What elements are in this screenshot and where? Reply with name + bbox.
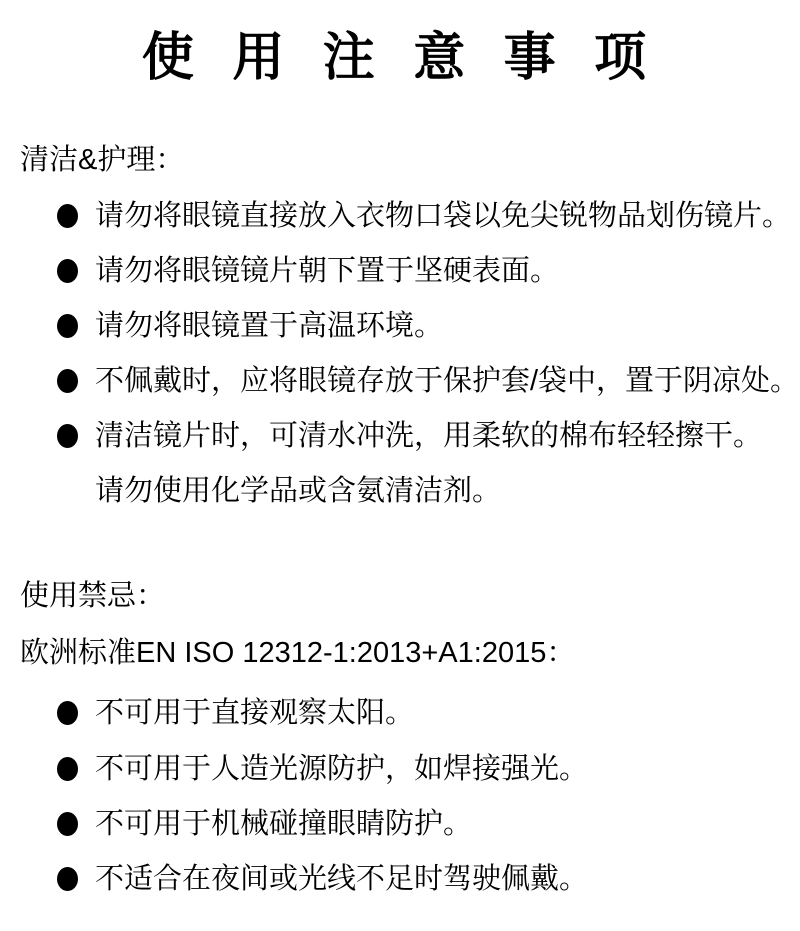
bullet-dot-icon	[57, 701, 78, 725]
bullet-text: 请勿将眼镜镜片朝下置于坚硬表面。	[95, 253, 559, 289]
bullet-text: 不适合在夜间或光线不足时驾驶佩戴。	[95, 861, 588, 897]
bullet-continuation-text: 请勿使用化学品或含氨清洁剂。	[0, 473, 800, 509]
standard-reference: 欧洲标准EN ISO 12312-1:2013+A1:2015：	[20, 635, 800, 671]
bullet-text: 不可用于机械碰撞眼睛防护。	[95, 806, 472, 842]
bullet-dot-icon	[57, 757, 78, 781]
usage-notice-document: 使 用 注 意 事 项 清洁&护理： 请勿将眼镜直接放入衣物口袋以免尖锐物品划伤…	[0, 0, 800, 931]
list-item: 请勿将眼镜镜片朝下置于坚硬表面。	[0, 253, 800, 289]
bullet-text: 请勿将眼镜置于高温环境。	[95, 308, 443, 344]
bullet-text: 不可用于人造光源防护，如焊接强光。	[95, 751, 588, 787]
bullet-text: 不佩戴时，应将眼镜存放于保护套/袋中，置于阴凉处。	[95, 363, 799, 399]
bullet-dot-icon	[57, 812, 78, 836]
bullet-dot-icon	[57, 424, 78, 448]
bullet-text: 请勿将眼镜直接放入衣物口袋以免尖锐物品划伤镜片。	[95, 198, 791, 234]
bullet-dot-icon	[57, 314, 78, 338]
page-title: 使 用 注 意 事 项	[0, 28, 800, 88]
bullet-dot-icon	[57, 259, 78, 283]
list-item: 清洁镜片时，可清水冲洗，用柔软的棉布轻轻擦干。	[0, 418, 800, 454]
list-item: 不可用于直接观察太阳。	[0, 695, 800, 731]
list-item: 不适合在夜间或光线不足时驾驶佩戴。	[0, 861, 800, 897]
bullet-dot-icon	[57, 867, 78, 891]
section-heading-cleaning-care: 清洁&护理：	[20, 142, 800, 178]
list-item: 请勿将眼镜置于高温环境。	[0, 308, 800, 344]
bullet-text: 清洁镜片时，可清水冲洗，用柔软的棉布轻轻擦干。	[95, 418, 762, 454]
bullet-dot-icon	[57, 204, 78, 228]
list-item: 不可用于机械碰撞眼睛防护。	[0, 806, 800, 842]
list-item: 不可用于人造光源防护，如焊接强光。	[0, 751, 800, 787]
bullet-text: 不可用于直接观察太阳。	[95, 695, 414, 731]
section-heading-usage-prohibitions: 使用禁忌：	[20, 578, 800, 614]
bullet-dot-icon	[57, 369, 78, 393]
list-item: 请勿将眼镜直接放入衣物口袋以免尖锐物品划伤镜片。	[0, 198, 800, 234]
list-item: 不佩戴时，应将眼镜存放于保护套/袋中，置于阴凉处。	[0, 363, 800, 399]
